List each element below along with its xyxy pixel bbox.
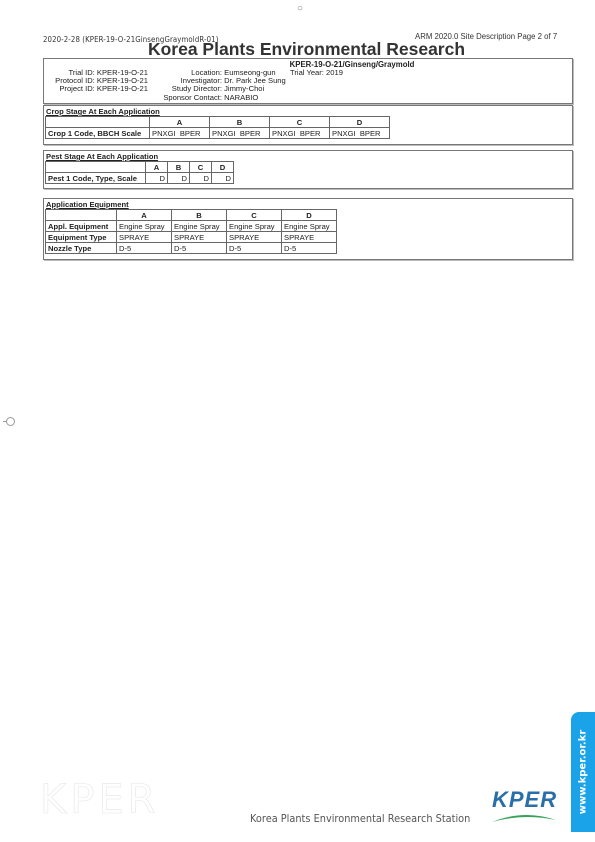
table-cell: Engine Spray <box>227 221 282 232</box>
table-cell: SPRAYE <box>282 232 337 243</box>
table-cell: D <box>212 173 234 184</box>
table-cell: D <box>146 173 168 184</box>
row-label: Equipment Type <box>46 232 117 243</box>
punch-hole-left-icon <box>6 417 15 426</box>
table-cell: D-5 <box>282 243 337 254</box>
trial-year-label: Trial Year: <box>290 68 324 77</box>
application-equipment-section: Application Equipment A B C D Appl. Equi… <box>43 198 573 260</box>
table-cell: PNXGI BPER <box>270 128 330 139</box>
table-row: Equipment Type SPRAYE SPRAYE SPRAYE SPRA… <box>46 232 337 243</box>
table-cell: PNXGI BPER <box>330 128 390 139</box>
trial-year-value: 2019 <box>326 68 343 77</box>
crop-stage-title: Crop Stage At Each Application <box>46 107 160 116</box>
page-title: Korea Plants Environmental Research <box>0 39 595 60</box>
trial-people: Location: Eumseong-gun Investigator: Dr.… <box>148 69 288 102</box>
row-label: Appl. Equipment <box>46 221 117 232</box>
crop-stage-section: Crop Stage At Each Application A B C D C… <box>43 105 573 145</box>
trial-info-box: KPER-19-O-21/Ginseng/Graymold Trial ID: … <box>43 58 573 104</box>
col-header: B <box>210 117 270 128</box>
application-equipment-table: A B C D Appl. Equipment Engine Spray Eng… <box>45 209 337 254</box>
table-cell: Engine Spray <box>282 221 337 232</box>
table-cell: D-5 <box>172 243 227 254</box>
col-header: D <box>282 210 337 221</box>
col-header: D <box>212 162 234 173</box>
trial-year: Trial Year: 2019 <box>290 69 343 77</box>
table-cell: SPRAYE <box>117 232 172 243</box>
project-id-value: KPER-19-O-21 <box>97 84 148 93</box>
logo-text: KPER <box>492 787 557 813</box>
table-row: Nozzle Type D-5 D-5 D-5 D-5 <box>46 243 337 254</box>
table-row: Appl. Equipment Engine Spray Engine Spra… <box>46 221 337 232</box>
col-header: C <box>190 162 212 173</box>
table-cell: SPRAYE <box>172 232 227 243</box>
row-label: Nozzle Type <box>46 243 117 254</box>
station-name: Korea Plants Environmental Research Stat… <box>250 813 470 825</box>
table-row: Pest 1 Code, Type, Scale D D D D <box>46 173 234 184</box>
col-header: B <box>172 210 227 221</box>
corner-cell <box>46 162 146 173</box>
sponsor-contact-value: NARABIO <box>224 93 258 102</box>
table-cell: D <box>168 173 190 184</box>
sponsor-contact-label: Sponsor Contact: <box>148 94 222 102</box>
table-cell: PNXGI BPER <box>150 128 210 139</box>
table-cell: Engine Spray <box>172 221 227 232</box>
col-header: A <box>146 162 168 173</box>
project-id-label: Project ID: <box>59 84 94 93</box>
table-header-row: A B C D <box>46 162 234 173</box>
col-header: A <box>117 210 172 221</box>
table-header-row: A B C D <box>46 117 390 128</box>
trial-ids: Trial ID: KPER-19-O-21 Protocol ID: KPER… <box>48 69 148 94</box>
corner-cell <box>46 117 150 128</box>
table-cell: D-5 <box>117 243 172 254</box>
row-label: Crop 1 Code, BBCH Scale <box>46 128 150 139</box>
project-id-row: Project ID: KPER-19-O-21 <box>48 85 148 93</box>
kper-logo: KPER <box>490 787 560 827</box>
crop-stage-table: A B C D Crop 1 Code, BBCH Scale PNXGI BP… <box>45 116 390 139</box>
table-header-row: A B C D <box>46 210 337 221</box>
table-cell: D <box>190 173 212 184</box>
col-header: C <box>270 117 330 128</box>
swoosh-icon <box>490 811 558 823</box>
col-header: B <box>168 162 190 173</box>
pest-stage-table: A B C D Pest 1 Code, Type, Scale D D D D <box>45 161 234 184</box>
row-label: Pest 1 Code, Type, Scale <box>46 173 146 184</box>
table-cell: PNXGI BPER <box>210 128 270 139</box>
application-equipment-title: Application Equipment <box>46 200 129 209</box>
kper-watermark: KPER <box>40 777 159 823</box>
website-link[interactable]: www.kper.or.kr <box>578 730 589 815</box>
col-header: A <box>150 117 210 128</box>
table-cell: SPRAYE <box>227 232 282 243</box>
col-header: D <box>330 117 390 128</box>
table-cell: D-5 <box>227 243 282 254</box>
corner-cell <box>46 210 117 221</box>
punch-hole-top-icon: ○ <box>297 3 303 14</box>
table-cell: Engine Spray <box>117 221 172 232</box>
sponsor-contact-row: Sponsor Contact: NARABIO <box>148 94 288 102</box>
pest-stage-section: Pest Stage At Each Application A B C D P… <box>43 150 573 189</box>
col-header: C <box>227 210 282 221</box>
table-row: Crop 1 Code, BBCH Scale PNXGI BPER PNXGI… <box>46 128 390 139</box>
pest-stage-title: Pest Stage At Each Application <box>46 152 158 161</box>
website-tab[interactable]: www.kper.or.kr <box>571 712 595 832</box>
